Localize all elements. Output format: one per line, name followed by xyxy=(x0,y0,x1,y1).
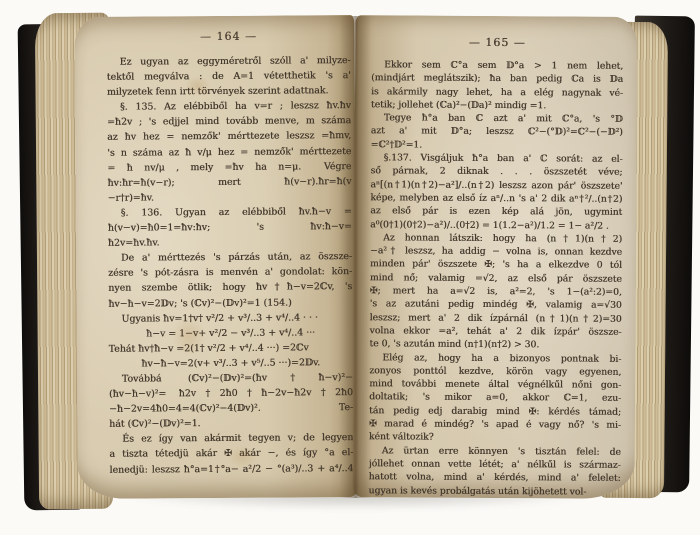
text-line: ħv−ħ−v=2(v+ v³/..3 + v⁵/..5 ···)=2𝔻v. xyxy=(109,355,353,372)
text-line: az első pár is ezen kép alá jön, ugymint xyxy=(370,205,622,220)
text-line: §. 136. Ugyan az elébbiből ħv.ħ−v = xyxy=(108,204,352,221)
text-line: −r†r)=ħv. xyxy=(108,189,352,206)
text-line: 's az azutáni pedig mindég ✠, valamig a=… xyxy=(370,298,622,313)
text-line: nyen szembe ötlik; hogy ħv†ħ−v=2ℂv, 's xyxy=(108,279,352,296)
page-left-body: Ez ugyan az eggyméretről szóll a' milyze… xyxy=(107,53,354,477)
text-line: a⁰(0†1)(0†2)−a²)/..(0†2) = 1(1.2−a²)/1.2… xyxy=(370,218,622,233)
page-right: — 165 — Ekkor sem ℂ°a sem 𝔻°a > 1 nem le… xyxy=(353,15,638,499)
text-line: hát (ℂv)²−(𝔻v)²=1. xyxy=(109,415,353,432)
text-line: te 0, 's azután mind (n†1)(n†2) > 30. xyxy=(369,337,621,352)
text-line: És ez így van akármit tegyen v; de legye… xyxy=(109,430,353,447)
text-line: Ugyanis ħv=1†v† v²/2 + v³/..3 + v⁴/..4 ·… xyxy=(108,310,352,327)
page-left: — 164 — Ez ugyan az eggyméretről szóll a… xyxy=(74,15,357,499)
text-line: Az ürtan erre könnyen 's tisztán felel: … xyxy=(369,444,621,459)
text-line: ső párnak, 2 diknak . . . öszszetét véve… xyxy=(370,165,622,180)
text-line: is akármily nagy lehet, ha a elég nagyna… xyxy=(371,85,623,100)
page-number-left: — 164 — xyxy=(106,29,350,44)
text-line: De a' mérttezés 's párzás után, az öszsz… xyxy=(108,249,352,266)
text-line: zésre 's pót-zásra is menvén a' gondolat… xyxy=(108,264,352,281)
page-right-text-column: — 165 — Ekkor sem ℂ°a sem 𝔻°a > 1 nem le… xyxy=(369,35,624,498)
text-line: Továbbá (ℂv)²−(𝔻v)²=(ħv†ħ−v)²− xyxy=(109,370,353,387)
page-left-text-column: — 164 — Ez ugyan az eggyméretről szóll a… xyxy=(106,29,353,477)
text-line: −ħ−2v=4ħ0=4=4(ℂv)²−4(𝔻v)². Te- xyxy=(109,400,353,417)
text-line: azt a' mit 𝔻°a; leszsz ℂ²−(°𝔻)²=ℂ²−(−𝔻²) xyxy=(371,125,623,140)
text-line: ként változik? xyxy=(369,431,621,446)
page-number-right: — 165 — xyxy=(371,35,623,50)
text-line: Tehát ħv†ħ−v =2(1† v²/2 + v⁴/..4 ···) =2… xyxy=(109,340,353,357)
text-line: = ħ nv/μ , mely =ħv ha n=μ. Végre xyxy=(107,159,351,176)
text-line: §. 135. Az elébbiből ha v=r ; leszsz ħv.… xyxy=(107,98,351,115)
book-photograph: — 164 — Ez ugyan az eggyméretről szóll a… xyxy=(0,0,700,535)
text-line: ħ2v=ħv.ħv. xyxy=(108,234,352,251)
open-book-spread: — 164 — Ez ugyan az eggyméretről szóll a… xyxy=(76,16,636,498)
text-line: 's n száma az ħ v/μ hez = nemzők' mértte… xyxy=(107,144,351,161)
text-line: minden pár' öszszete ✠; 's ha a elkezdve… xyxy=(370,258,622,273)
text-line: doltatik; 's mikor a=0, akkor ℂ=1, ezu- xyxy=(369,391,621,406)
text-line: Ez ugyan az eggyméretről szóll a' milyze… xyxy=(107,53,351,70)
text-line: ħ(v−v)=ħ0=1=ħv:ħv; 's ħv:ħ−v= xyxy=(108,219,352,236)
text-line: ħv−ħ−v=2𝔻v; 's (ℂv)²−(𝔻v)²=1 (154.) xyxy=(108,295,352,312)
text-line: a tiszta tétedjü akár ✠ akár −, és így °… xyxy=(109,445,353,462)
text-line: =ħ2v ; 's edjjel mind tovább menve, m sz… xyxy=(107,113,351,130)
text-line: milyzetek fenn irtt törvények szerint ad… xyxy=(107,83,351,100)
text-line: ugyan is kevés probálgatás után kijöhete… xyxy=(369,484,621,499)
text-line: (mindjárt meglátszik); ħa ban pedig ℂa i… xyxy=(371,72,623,87)
text-line: hatott volna, mind a' kérdés, mind a' fe… xyxy=(369,470,621,485)
text-line: tektől megválva : de A=1 vétetthetik 's … xyxy=(107,68,351,85)
text-line: ħ−v = 1−v+ v²/2 − v³/..3 + v⁴/..4 ··· xyxy=(108,325,352,342)
text-line: Elég az, hogy ha a bizonyos pontnak bi- xyxy=(369,351,621,366)
text-line: az ħv hez = nemzők' mérttezete leszsz =ħ… xyxy=(107,129,351,146)
text-line: ħv:ħr=ħ(v−r); mert ħ(v−r).ħr=ħ(v xyxy=(107,174,351,191)
text-line: (ħv−ħ−v)²= ħ2v†2ħ0†ħ−2v−ħ2v†2ħ0 xyxy=(109,385,353,402)
page-right-body: Ekkor sem ℂ°a sem 𝔻°a > 1 nem lehet, (mi… xyxy=(369,58,624,498)
text-line: lenedjü: leszsz ħ°a=1†°a− a²/2 − °(a³)/.… xyxy=(109,461,353,478)
